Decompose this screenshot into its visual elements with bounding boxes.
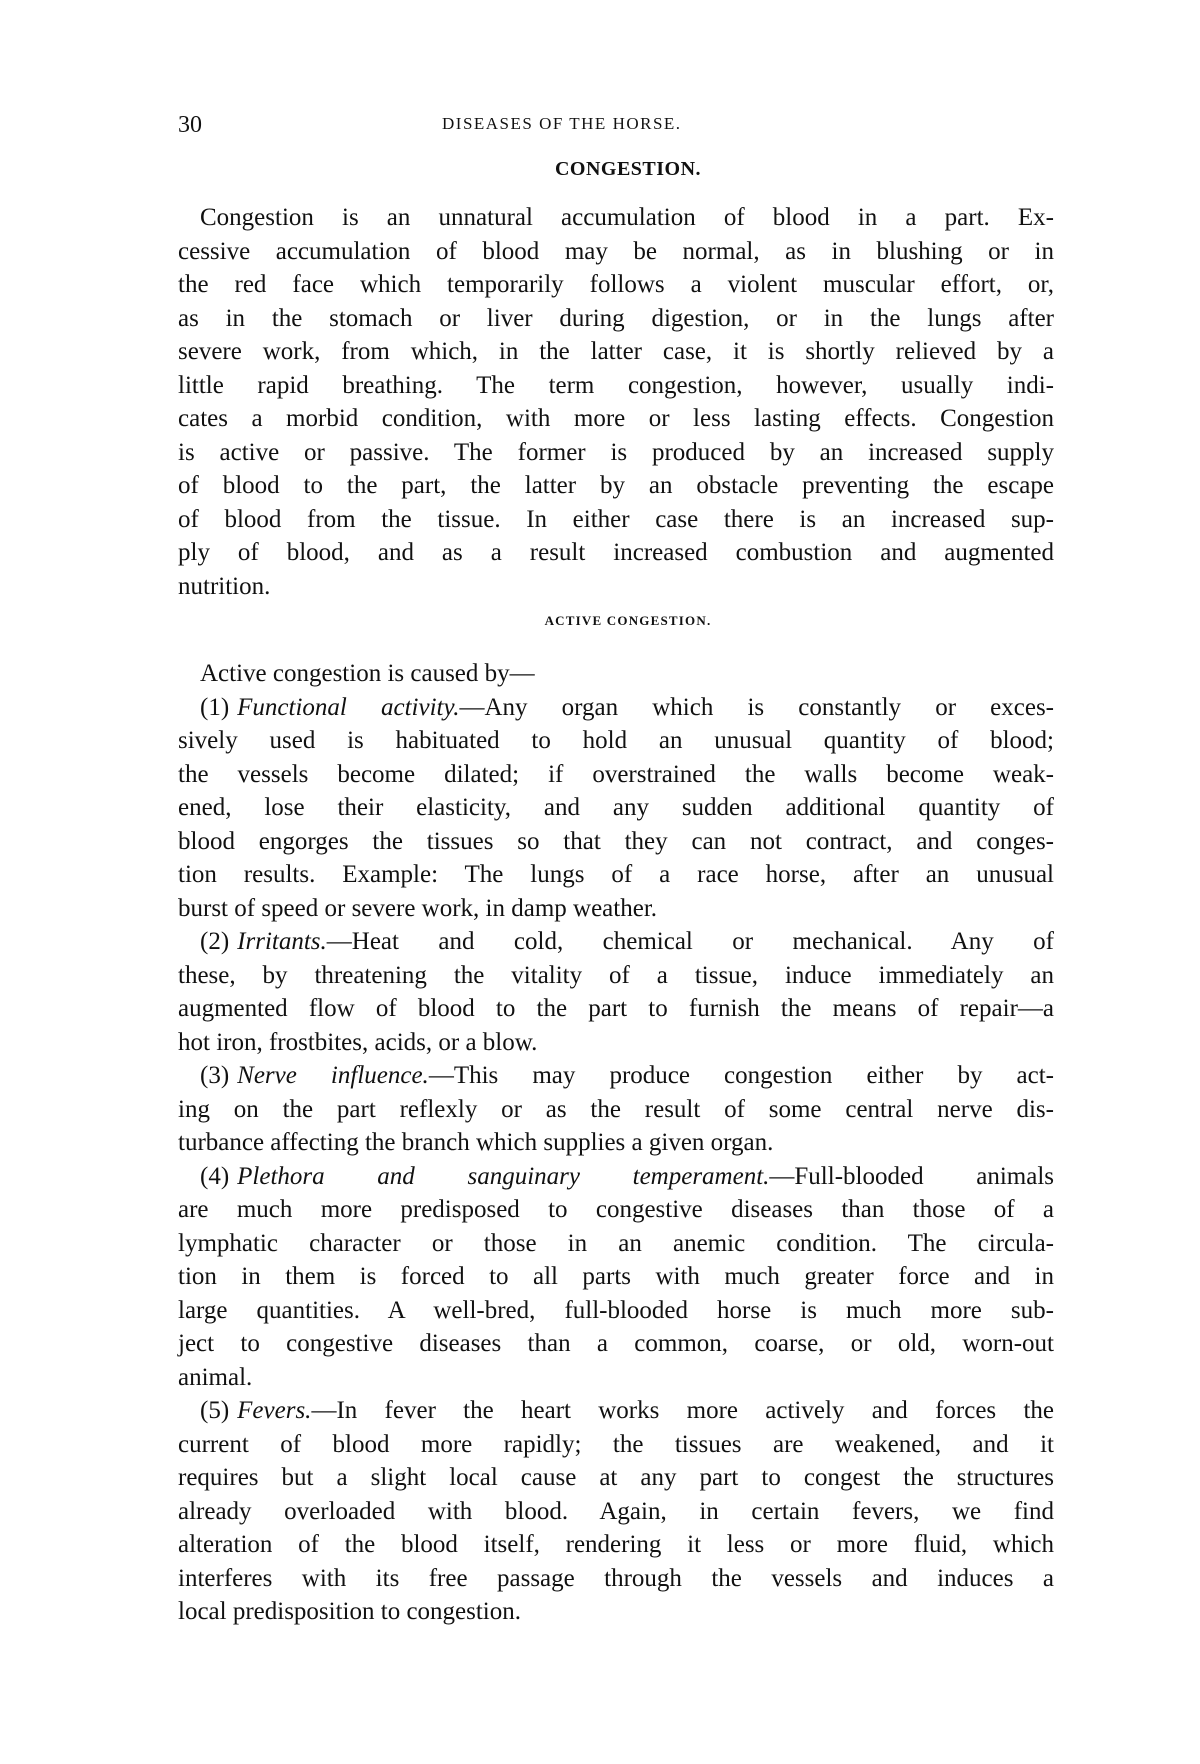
text-line: ened, lose their elasticity, and any sud…: [178, 791, 1054, 825]
text-line: tion results. Example: The lungs of a ra…: [178, 858, 1054, 892]
item-first-line: (4)Plethora and sanguinary temperament.—…: [178, 1160, 1054, 1194]
text-line: large quantities. A well-bred, full-bloo…: [178, 1294, 1054, 1328]
text-line: ply of blood, and as a result increased …: [178, 536, 1054, 570]
text-line: of blood to the part, the latter by an o…: [178, 469, 1054, 503]
running-head: 30 DISEASES OF THE HORSE.: [178, 112, 1054, 142]
text-line: turbance affecting the branch which supp…: [178, 1126, 1054, 1160]
item-text: —Heat and cold, chemical or mechanical. …: [327, 928, 1054, 955]
text-line: as in the stomach or liver during digest…: [178, 302, 1054, 336]
text-line: little rapid breathing. The term congest…: [178, 369, 1054, 403]
running-title: DISEASES OF THE HORSE.: [442, 114, 682, 134]
item-number: (5): [200, 1397, 229, 1424]
text-line: augmented flow of blood to the part to f…: [178, 992, 1054, 1026]
text-line: sively used is habituated to hold an unu…: [178, 724, 1054, 758]
item-text: —Any organ which is constantly or exces-: [459, 694, 1054, 721]
intro-paragraph: Congestion is an unnatural accumulation …: [178, 201, 1054, 603]
text-line: burst of speed or severe work, in damp w…: [178, 892, 1054, 926]
item-first-line: (3)Nerve influence.—This may produce con…: [178, 1059, 1054, 1093]
cause-item-nerve-influence: (3)Nerve influence.—This may produce con…: [178, 1059, 1054, 1160]
text-line: ject to congestive diseases than a commo…: [178, 1327, 1054, 1361]
item-heading: Plethora and sanguinary temperament.: [237, 1163, 769, 1190]
page-number: 30: [178, 112, 202, 139]
text-line: ing on the part reflexly or as the resul…: [178, 1093, 1054, 1127]
text-line: the red face which temporarily follows a…: [178, 268, 1054, 302]
text-line: Congestion is an unnatural accumulation …: [178, 201, 1054, 235]
text-line: are much more predisposed to congestive …: [178, 1193, 1054, 1227]
item-heading: Functional activity.: [237, 694, 459, 721]
text-line: requires but a slight local cause at any…: [178, 1461, 1054, 1495]
text-line: of blood from the tissue. In either case…: [178, 503, 1054, 537]
text-line: the vessels become dilated; if overstrai…: [178, 758, 1054, 792]
lead-paragraph: Active congestion is caused by—: [178, 657, 1054, 691]
item-first-line: (2)Irritants.—Heat and cold, chemical or…: [178, 925, 1054, 959]
item-text: —Full-blooded animals: [769, 1163, 1054, 1190]
lead-line: Active congestion is caused by—: [178, 657, 1054, 691]
text-line: local predisposition to congestion.: [178, 1595, 1054, 1629]
text-line: interferes with its free passage through…: [178, 1562, 1054, 1596]
section-title: CONGESTION.: [178, 158, 1054, 181]
text-line: alteration of the blood itself, renderin…: [178, 1528, 1054, 1562]
item-heading: Fevers.: [237, 1397, 311, 1424]
item-text: —This may produce congestion either by a…: [429, 1062, 1054, 1089]
item-first-line: (5)Fevers.—In fever the heart works more…: [178, 1394, 1054, 1428]
item-number: (3): [200, 1062, 229, 1089]
text-line: cates a morbid condition, with more or l…: [178, 402, 1054, 436]
text-line: severe work, from which, in the latter c…: [178, 335, 1054, 369]
item-number: (2): [200, 928, 229, 955]
text-line: lymphatic character or those in an anemi…: [178, 1227, 1054, 1261]
text-line: is active or passive. The former is prod…: [178, 436, 1054, 470]
text-line: these, by threatening the vitality of a …: [178, 959, 1054, 993]
book-page: 30 DISEASES OF THE HORSE. CONGESTION. Co…: [178, 112, 1054, 1629]
text-line: blood engorges the tissues so that they …: [178, 825, 1054, 859]
cause-item-fevers: (5)Fevers.—In fever the heart works more…: [178, 1394, 1054, 1629]
item-text: —In fever the heart works more actively …: [311, 1397, 1054, 1424]
text-line: cessive accumulation of blood may be nor…: [178, 235, 1054, 269]
cause-item-irritants: (2)Irritants.—Heat and cold, chemical or…: [178, 925, 1054, 1059]
text-line: nutrition.: [178, 570, 1054, 604]
text-line: current of blood more rapidly; the tissu…: [178, 1428, 1054, 1462]
text-line: tion in them is forced to all parts with…: [178, 1260, 1054, 1294]
item-heading: Nerve influence.: [237, 1062, 429, 1089]
cause-item-functional-activity: (1)Functional activity.—Any organ which …: [178, 691, 1054, 926]
text-line: animal.: [178, 1361, 1054, 1395]
text-line: already overloaded with blood. Again, in…: [178, 1495, 1054, 1529]
item-number: (1): [200, 694, 229, 721]
text-line: hot iron, frostbites, acids, or a blow.: [178, 1026, 1054, 1060]
subsection-title: ACTIVE CONGESTION.: [178, 613, 1054, 629]
item-number: (4): [200, 1163, 229, 1190]
cause-item-plethora: (4)Plethora and sanguinary temperament.—…: [178, 1160, 1054, 1395]
item-heading: Irritants.: [237, 928, 327, 955]
item-first-line: (1)Functional activity.—Any organ which …: [178, 691, 1054, 725]
